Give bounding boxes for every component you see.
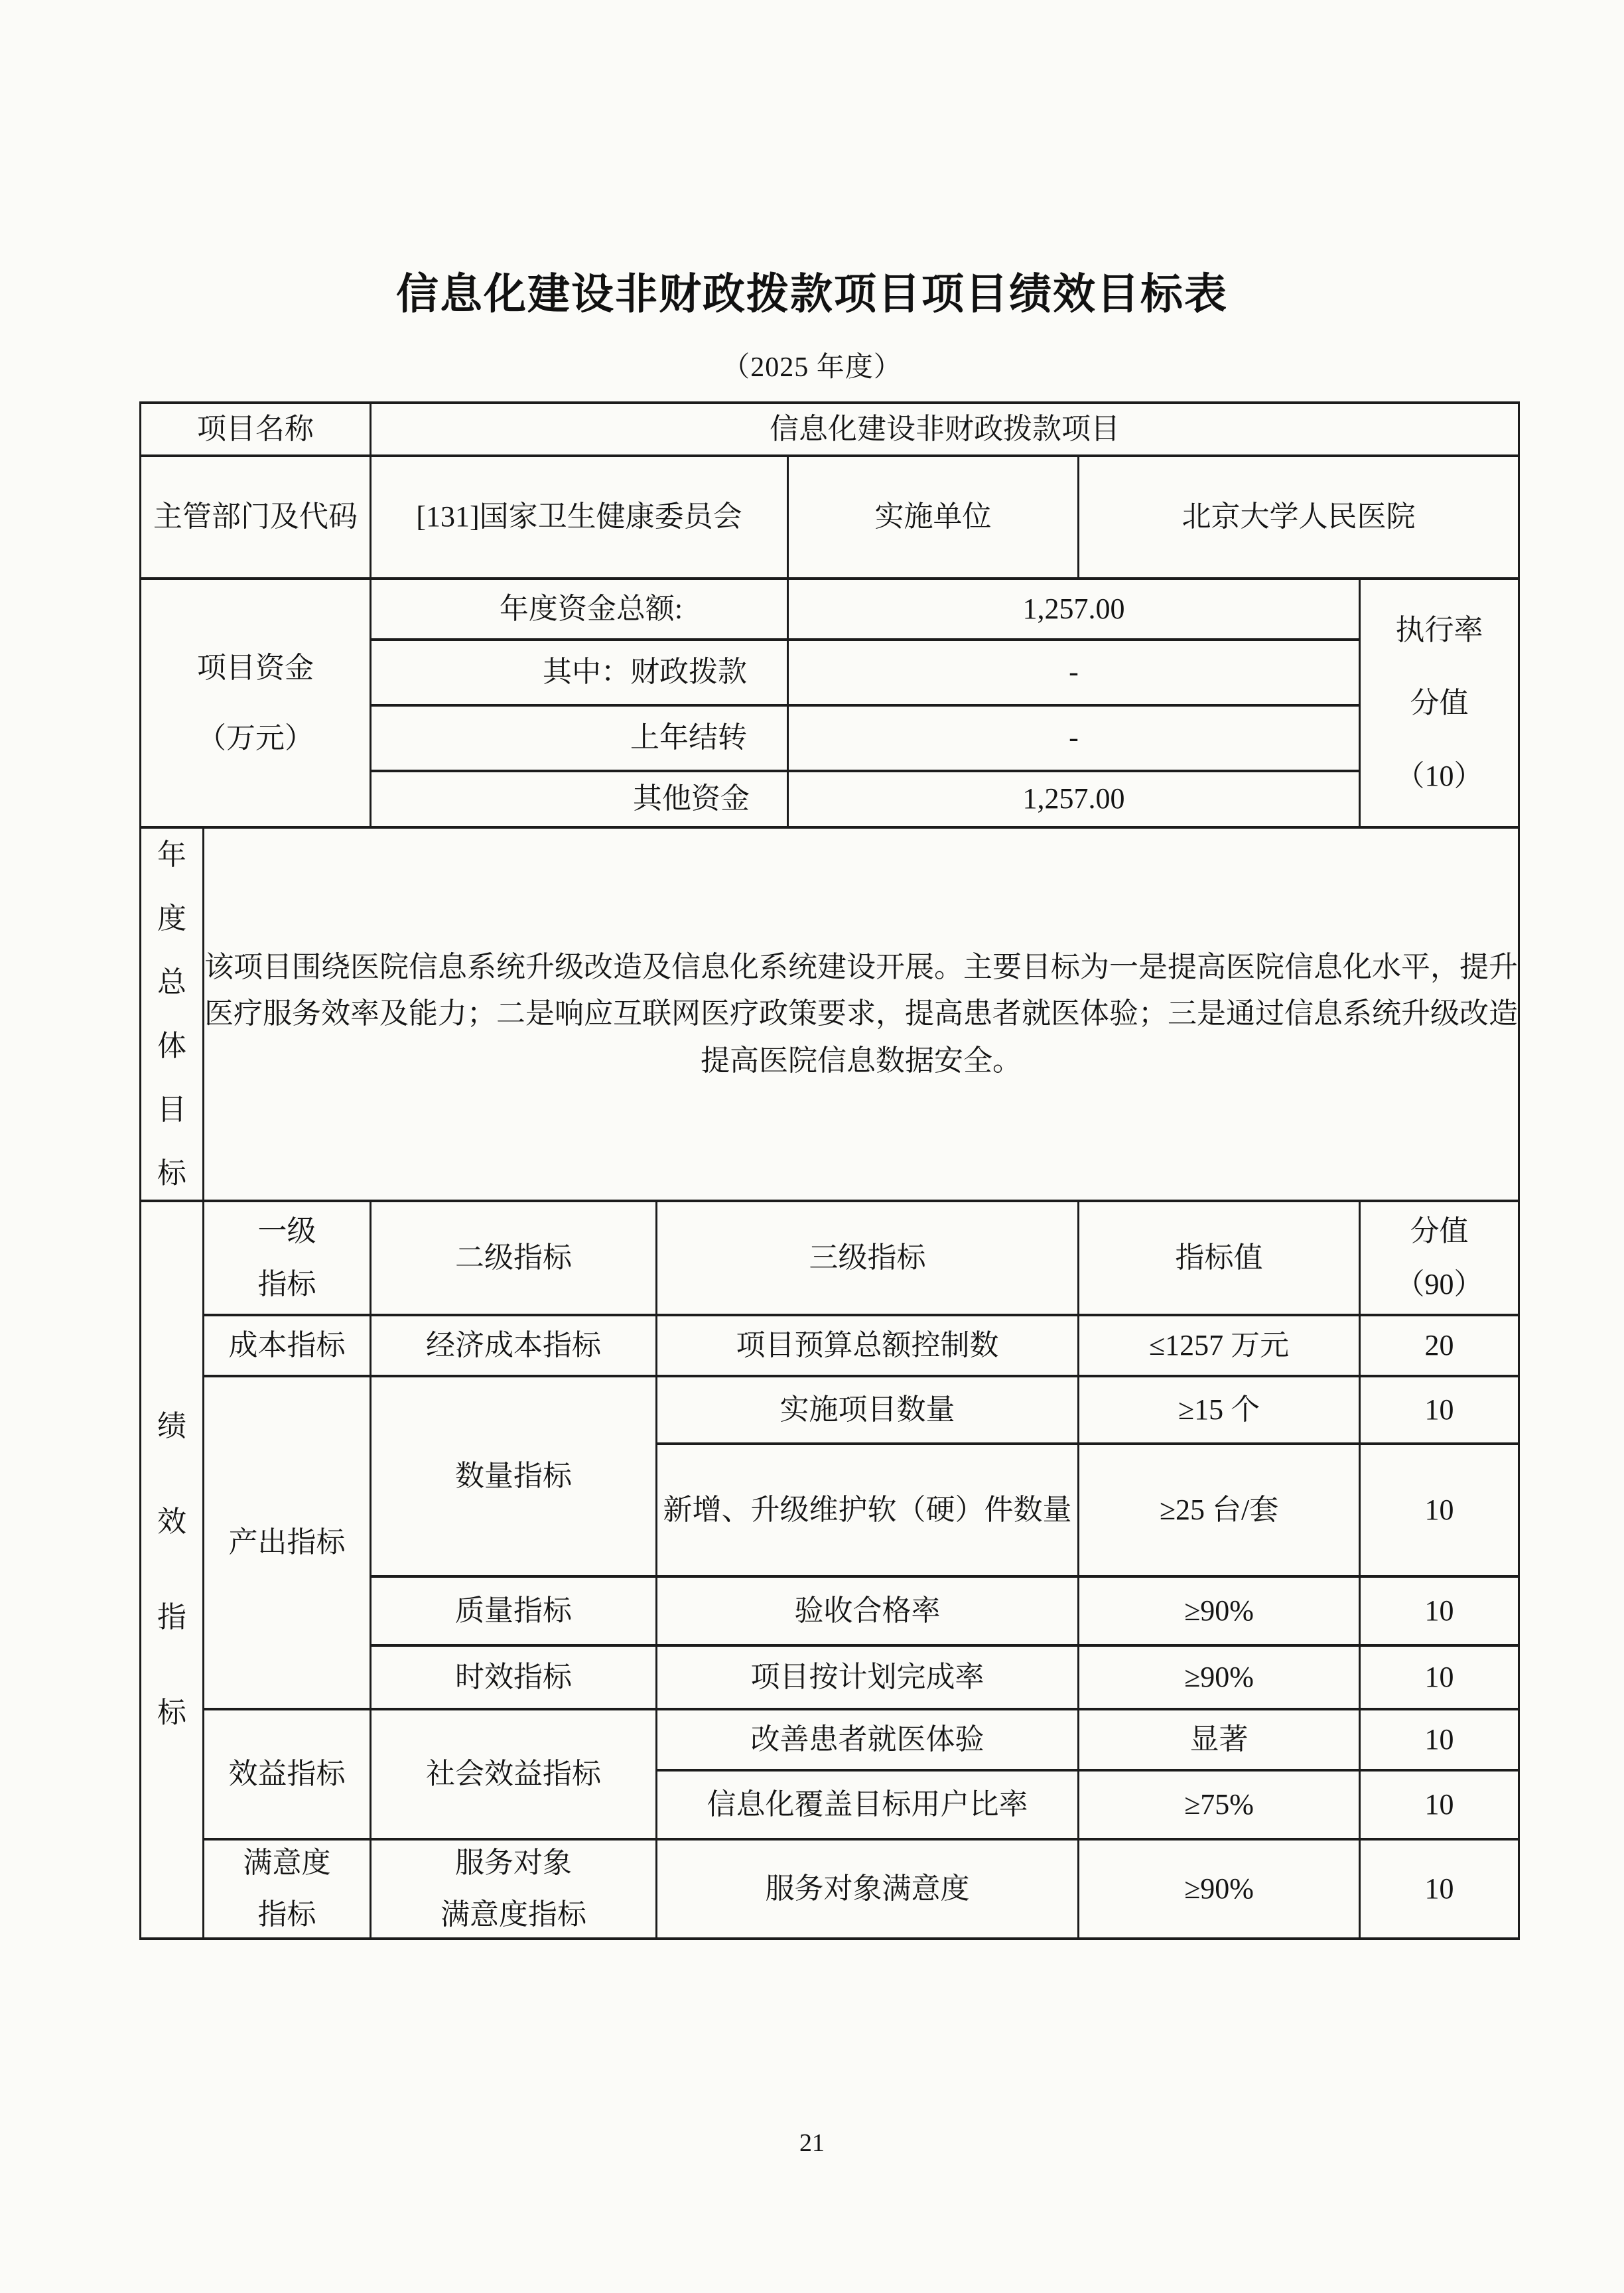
- funding-fiscal-label: 其中：财政拨款: [371, 640, 788, 705]
- indicator-devices-score: 10: [1360, 1444, 1519, 1576]
- level2-economic: 经济成本指标: [371, 1315, 657, 1376]
- indicator-budget-name: 项目预算总额控制数: [657, 1315, 1079, 1376]
- row-annual-goal: 年 度 总 体 目 标 该项目围绕医院信息系统升级改造及信息化系统建设开展。主要…: [141, 827, 1519, 1201]
- indicator-coverage-name: 信息化覆盖目标用户比率: [657, 1770, 1079, 1839]
- exec-rate-line2: 分值: [1410, 689, 1469, 718]
- indicator-satisfy-name: 服务对象满意度: [657, 1839, 1079, 1939]
- indicator-projects-value: ≥15 个: [1079, 1376, 1360, 1444]
- row-indicator-header: 绩 效 指 标 一级 指标 二级指标 三级指标 指标值 分值 （90）: [141, 1201, 1519, 1315]
- indicator-accept-name: 验收合格率: [657, 1576, 1079, 1645]
- row-cost-indicator: 成本指标 经济成本指标 项目预算总额控制数 ≤1257 万元 20: [141, 1315, 1519, 1376]
- indicator-satisfy-score: 10: [1360, 1839, 1519, 1939]
- indicator-schedule-value: ≥90%: [1079, 1645, 1360, 1709]
- funding-carryover-label: 上年结转: [371, 705, 788, 771]
- level1-output: 产出指标: [204, 1376, 371, 1709]
- row-funding-total: 项目资金 （万元） 年度资金总额: 1,257.00 执行率 分值 （10）: [141, 579, 1519, 640]
- indicator-devices-value: ≥25 台/套: [1079, 1444, 1360, 1576]
- exec-rate-line3: （10）: [1396, 762, 1483, 791]
- indicator-accept-score: 10: [1360, 1576, 1519, 1645]
- header-level2: 二级指标: [371, 1201, 657, 1315]
- level2-quantity: 数量指标: [371, 1376, 657, 1576]
- indicator-schedule-name: 项目按计划完成率: [657, 1645, 1079, 1709]
- row-department: 主管部门及代码 [131]国家卫生健康委员会 实施单位 北京大学人民医院: [141, 456, 1519, 579]
- funding-total-label: 年度资金总额:: [371, 579, 788, 640]
- funding-fiscal-value: -: [788, 640, 1360, 705]
- page-number: 21: [0, 2128, 1624, 2158]
- dept-value: [131]国家卫生健康委员会: [371, 456, 788, 579]
- indicator-coverage-value: ≥75%: [1079, 1770, 1360, 1839]
- indicator-budget-value: ≤1257 万元: [1079, 1315, 1360, 1376]
- indicator-budget-score: 20: [1360, 1315, 1519, 1376]
- indicator-devices-name: 新增、升级维护软（硬）件数量: [657, 1444, 1079, 1576]
- funding-label-line2: （万元）: [197, 724, 314, 753]
- level2-service: 服务对象 满意度指标: [371, 1839, 657, 1939]
- row-project-count: 产出指标 数量指标 实施项目数量 ≥15 个 10: [141, 1376, 1519, 1444]
- header-value: 指标值: [1079, 1201, 1360, 1315]
- indicator-coverage-score: 10: [1360, 1770, 1519, 1839]
- indicator-experience-value: 显著: [1079, 1709, 1360, 1770]
- annual-goal-text: 该项目围绕医院信息系统升级改造及信息化系统建设开展。主要目标为一是提高医院信息化…: [204, 827, 1519, 1201]
- impl-unit-label: 实施单位: [788, 456, 1079, 579]
- impl-unit-value: 北京大学人民医院: [1079, 456, 1519, 579]
- funding-label-line1: 项目资金: [197, 654, 314, 683]
- funding-other-label: 其他资金: [371, 771, 788, 827]
- indicator-satisfy-value: ≥90%: [1079, 1839, 1360, 1939]
- page-subtitle: （2025 年度）: [0, 345, 1624, 385]
- perf-side-label: 绩 效 指 标: [141, 1201, 204, 1939]
- level1-benefit: 效益指标: [204, 1709, 371, 1839]
- level2-social: 社会效益指标: [371, 1709, 657, 1839]
- indicator-schedule-score: 10: [1360, 1645, 1519, 1709]
- indicator-experience-score: 10: [1360, 1709, 1519, 1770]
- indicator-projects-score: 10: [1360, 1376, 1519, 1444]
- indicator-experience-name: 改善患者就医体验: [657, 1709, 1079, 1770]
- level2-timeliness: 时效指标: [371, 1645, 657, 1709]
- level2-quality: 质量指标: [371, 1576, 657, 1645]
- funding-carryover-value: -: [788, 705, 1360, 771]
- row-project-name: 项目名称 信息化建设非财政拨款项目: [141, 403, 1519, 456]
- exec-rate-score-label: 执行率 分值 （10）: [1360, 579, 1519, 827]
- funding-other-value: 1,257.00: [788, 771, 1360, 827]
- project-name-label: 项目名称: [141, 403, 371, 456]
- level1-cost: 成本指标: [204, 1315, 371, 1376]
- annual-goal-label: 年 度 总 体 目 标: [141, 827, 204, 1201]
- exec-rate-line1: 执行率: [1396, 616, 1483, 645]
- dept-label: 主管部门及代码: [141, 456, 371, 579]
- funding-total-value: 1,257.00: [788, 579, 1360, 640]
- row-patient-experience: 效益指标 社会效益指标 改善患者就医体验 显著 10: [141, 1709, 1519, 1770]
- indicator-projects-name: 实施项目数量: [657, 1376, 1079, 1444]
- row-satisfaction: 满意度 指标 服务对象 满意度指标 服务对象满意度 ≥90% 10: [141, 1839, 1519, 1939]
- project-name-value: 信息化建设非财政拨款项目: [371, 403, 1519, 456]
- level1-satisfaction: 满意度 指标: [204, 1839, 371, 1939]
- performance-target-table: 项目名称 信息化建设非财政拨款项目 主管部门及代码 [131]国家卫生健康委员会…: [139, 401, 1520, 1940]
- header-level1: 一级 指标: [204, 1201, 371, 1315]
- indicator-accept-value: ≥90%: [1079, 1576, 1360, 1645]
- header-score: 分值 （90）: [1360, 1201, 1519, 1315]
- page-title: 信息化建设非财政拨款项目项目绩效目标表: [0, 260, 1624, 321]
- funding-label: 项目资金 （万元）: [141, 579, 371, 827]
- header-level3: 三级指标: [657, 1201, 1079, 1315]
